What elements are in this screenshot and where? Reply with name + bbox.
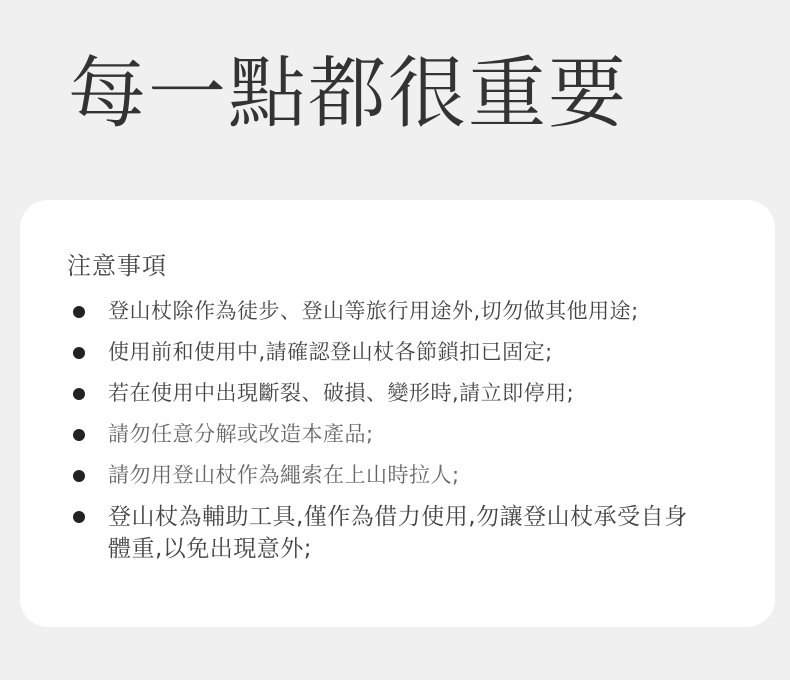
page-headline: 每一點都很重要 [68, 46, 628, 142]
bullet-icon [73, 470, 85, 482]
list-item: 登山杖除作為徒步、登山等旅行用途外,切勿做其他用途; [70, 296, 698, 327]
bullet-icon [73, 388, 85, 400]
card-title: 注意事項 [67, 246, 167, 281]
list-item: 請勿任意分解或改造本產品; [70, 419, 698, 450]
notice-card: 注意事項 登山杖除作為徒步、登山等旅行用途外,切勿做其他用途; 使用前和使用中,… [20, 200, 775, 627]
list-item-text: 請勿用登山杖作為繩索在上山時拉人; [108, 460, 698, 491]
bullet-icon [73, 511, 85, 523]
list-item-text: 登山杖為輔助工具,僅作為借力使用,勿讓登山杖承受自身體重,以免出現意外; [108, 501, 698, 565]
list-item-text: 登山杖除作為徒步、登山等旅行用途外,切勿做其他用途; [108, 296, 698, 327]
list-item-text: 使用前和使用中,請確認登山杖各節鎖扣已固定; [108, 337, 698, 368]
bullet-icon [73, 347, 85, 359]
notice-list: 登山杖除作為徒步、登山等旅行用途外,切勿做其他用途; 使用前和使用中,請確認登山… [70, 296, 698, 575]
list-item: 使用前和使用中,請確認登山杖各節鎖扣已固定; [70, 337, 698, 368]
list-item-text: 若在使用中出現斷裂、破損、變形時,請立即停用; [108, 378, 698, 409]
bullet-icon [73, 306, 85, 318]
bullet-icon [73, 429, 85, 441]
list-item-text: 請勿任意分解或改造本產品; [108, 419, 698, 450]
list-item: 若在使用中出現斷裂、破損、變形時,請立即停用; [70, 378, 698, 409]
list-item: 登山杖為輔助工具,僅作為借力使用,勿讓登山杖承受自身體重,以免出現意外; [70, 501, 698, 565]
list-item: 請勿用登山杖作為繩索在上山時拉人; [70, 460, 698, 491]
